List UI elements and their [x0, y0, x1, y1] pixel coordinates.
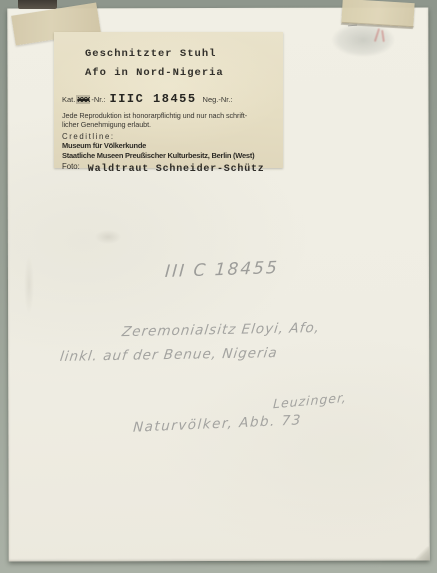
- kat-struck-text: XXX: [76, 95, 90, 104]
- negative-number-label: Neg.-Nr.:: [203, 95, 233, 104]
- kat-suffix: -Nr.:: [91, 95, 105, 104]
- foto-label: Foto:: [62, 162, 80, 171]
- paper-smudge: [95, 230, 121, 244]
- credit-organization: Staatliche Museen Preußischer Kulturbesi…: [62, 151, 275, 161]
- photographer-line: Foto: Waldtraut Schneider-Schütz: [62, 162, 275, 175]
- label-title-line2: Afo in Nord-Nigeria: [85, 64, 275, 83]
- red-pencil-mark: [381, 30, 385, 42]
- handwritten-catalog-number: III C 18455: [164, 258, 279, 282]
- notice-line2: licher Genehmigung erlaubt.: [62, 120, 275, 129]
- dark-edge-sliver: [18, 0, 57, 9]
- red-pencil-mark: [374, 28, 380, 42]
- catalog-number-value: IIIC 18455: [110, 92, 197, 106]
- reproduction-notice: Jede Reproduktion ist honorarpflichtig u…: [62, 111, 275, 129]
- museum-label: Geschnitzter Stuhl Afo in Nord-Nigeria K…: [54, 32, 283, 168]
- photographer-name: Waldtraut Schneider-Schütz: [88, 164, 265, 175]
- credit-institution: Museum für Völkerkunde: [62, 141, 275, 151]
- kat-prefix: Kat.: [62, 95, 75, 104]
- creditline-label: Creditline:: [62, 132, 275, 141]
- label-title-line1: Geschnitzter Stuhl: [85, 45, 275, 64]
- notice-line1: Jede Reproduktion ist honorarpflichtig u…: [62, 111, 275, 120]
- paper-smudge: [24, 255, 34, 315]
- scan-background: Geschnitzter Stuhl Afo in Nord-Nigeria K…: [0, 0, 437, 573]
- corner-fold: [416, 546, 430, 560]
- catalog-number-line: Kat.XXX-Nr.: IIIC 18455 Neg.-Nr.:: [62, 92, 275, 106]
